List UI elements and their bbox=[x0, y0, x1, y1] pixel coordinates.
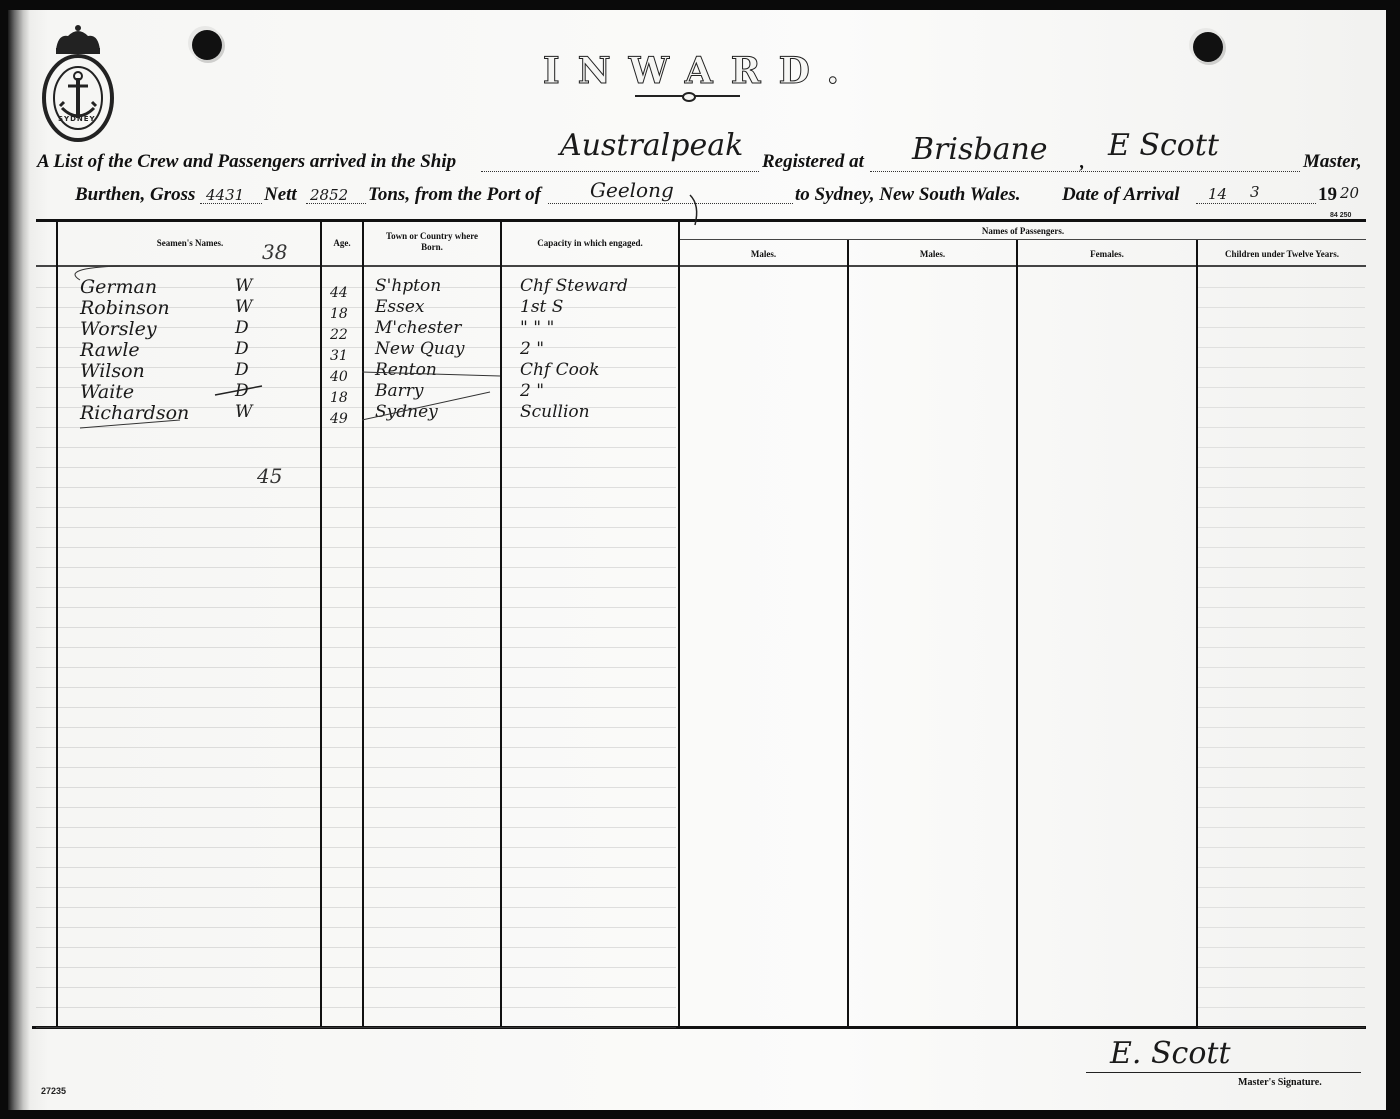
master-signature-label: Master's Signature. bbox=[1238, 1077, 1322, 1088]
print-number: 27235 bbox=[41, 1086, 66, 1096]
master-signature: E. Scott bbox=[1110, 1036, 1231, 1071]
body-count-annotation: 45 bbox=[257, 464, 282, 488]
pen-strokes bbox=[0, 0, 1400, 1119]
signature-line bbox=[1086, 1072, 1361, 1073]
